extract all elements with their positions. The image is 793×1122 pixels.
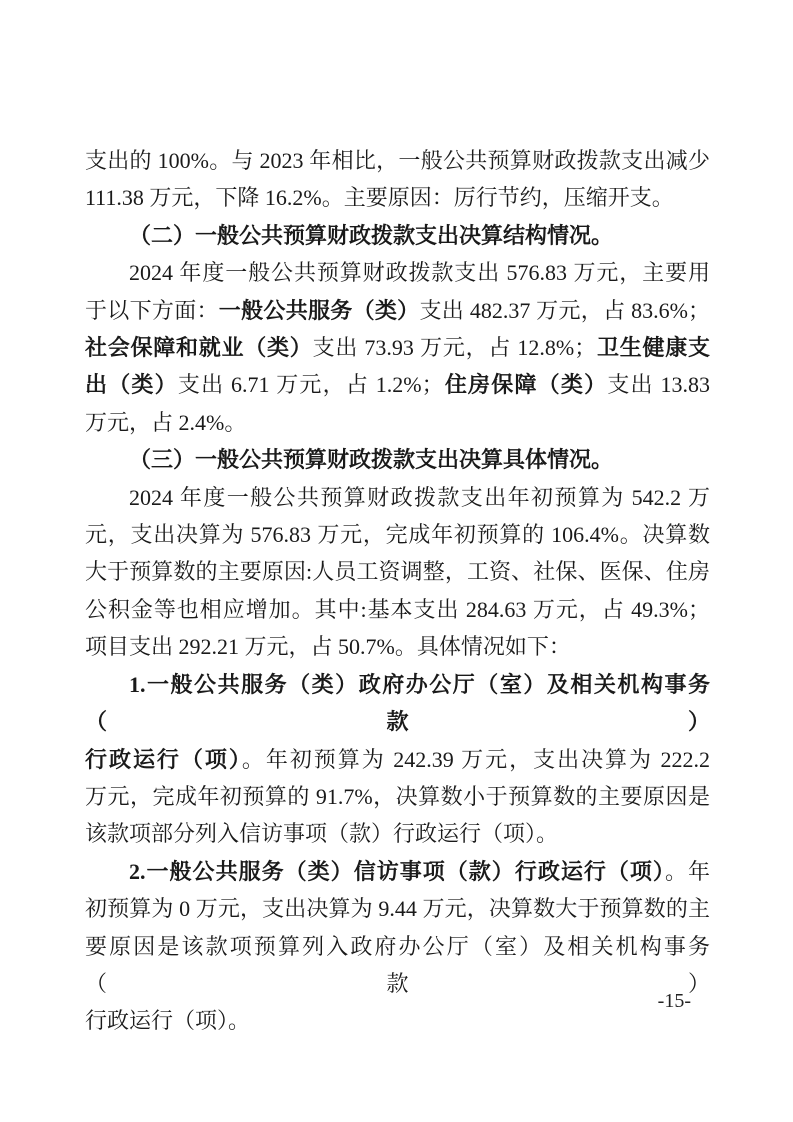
text-line: 2024 年度一般公共预算财政拨款支出年初预算为 542.2 万 xyxy=(85,479,710,516)
text-run: 要原因是该款项预算列入政府办公厅（室）及相关机构事务（款） xyxy=(85,934,710,996)
text-run: 支出 6.71 万元，占 1.2%； xyxy=(178,372,444,397)
text-line: 初预算为 0 万元，支出决算为 9.44 万元，决算数大于预算数的主 xyxy=(85,890,710,927)
text-line: 2.一般公共服务（类）信访事项（款）行政运行（项）。年 xyxy=(85,853,710,890)
text-line: 社会保障和就业（类）支出 73.93 万元，占 12.8%；卫生健康支 xyxy=(85,329,710,366)
text-run: 项目支出 292.21 万元，占 50.7%。具体情况如下： xyxy=(85,634,571,659)
text-run: 元，支出决算为 576.83 万元，完成年初预算的 106.4%。决算数 xyxy=(85,522,710,547)
bold-text-run: 2.一般公共服务（类）信访事项（款）行政运行（项） xyxy=(129,859,665,884)
text-line: 111.38 万元，下降 16.2%。主要原因：厉行节约，压缩开支。 xyxy=(85,179,710,216)
bold-text-run: 社会保障和就业（类） xyxy=(85,335,313,360)
text-line: 项目支出 292.21 万元，占 50.7%。具体情况如下： xyxy=(85,628,710,665)
document-body: 支出的 100%。与 2023 年相比，一般公共预算财政拨款支出减少111.38… xyxy=(85,142,710,1040)
text-run: 初预算为 0 万元，支出决算为 9.44 万元，决算数大于预算数的主 xyxy=(85,896,710,921)
text-run: 公积金等也相应增加。其中:基本支出 284.63 万元，占 49.3%； xyxy=(85,597,710,622)
text-line: 支出的 100%。与 2023 年相比，一般公共预算财政拨款支出减少 xyxy=(85,142,710,179)
bold-text-run: 一般公共服务（类） xyxy=(219,298,420,323)
text-line: 万元，完成年初预算的 91.7%，决算数小于预算数的主要原因是 xyxy=(85,778,710,815)
text-line: 大于预算数的主要原因:人员工资调整，工资、社保、医保、住房 xyxy=(85,553,710,590)
page-number: -15- xyxy=(85,990,691,1013)
text-line: 行政运行（项）。年初预算为 242.39 万元，支出决算为 222.2 xyxy=(85,741,710,778)
text-run: 支出的 100%。与 2023 年相比，一般公共预算财政拨款支出减少 xyxy=(85,148,710,173)
bold-text-run: 卫生健康支 xyxy=(596,335,710,360)
text-line: 元，支出决算为 576.83 万元，完成年初预算的 106.4%。决算数 xyxy=(85,516,710,553)
text-line: （三）一般公共预算财政拨款支出决算具体情况。 xyxy=(85,441,710,478)
text-run: 该款项部分列入信访事项（款）行政运行（项）。 xyxy=(85,821,558,846)
text-line: 于以下方面：一般公共服务（类）支出 482.37 万元，占 83.6%； xyxy=(85,292,710,329)
text-run: 于以下方面： xyxy=(85,298,219,323)
text-run: 大于预算数的主要原因:人员工资调整，工资、社保、医保、住房 xyxy=(85,559,710,584)
document-page: 支出的 100%。与 2023 年相比，一般公共预算财政拨款支出减少111.38… xyxy=(0,0,793,1122)
text-line: 出（类）支出 6.71 万元，占 1.2%；住房保障（类）支出 13.83 xyxy=(85,366,710,403)
text-line: 公积金等也相应增加。其中:基本支出 284.63 万元，占 49.3%； xyxy=(85,591,710,628)
bold-text-run: （三）一般公共预算财政拨款支出决算具体情况。 xyxy=(129,447,613,472)
text-line: 万元，占 2.4%。 xyxy=(85,404,710,441)
text-run: 2024 年度一般公共预算财政拨款支出 576.83 万元，主要用 xyxy=(129,260,710,285)
text-line: 该款项部分列入信访事项（款）行政运行（项）。 xyxy=(85,815,710,852)
text-line: 1.一般公共服务（类）政府办公厅（室）及相关机构事务（款） xyxy=(85,666,710,741)
bold-text-run: 出（类） xyxy=(85,372,178,397)
text-line: 2024 年度一般公共预算财政拨款支出 576.83 万元，主要用 xyxy=(85,254,710,291)
text-line: （二）一般公共预算财政拨款支出决算结构情况。 xyxy=(85,217,710,254)
text-run: 万元，占 2.4%。 xyxy=(85,410,246,435)
text-run: 。年 xyxy=(665,859,710,884)
text-run: 111.38 万元，下降 16.2%。主要原因：厉行节约，压缩开支。 xyxy=(85,185,674,210)
text-run: 支出 13.83 xyxy=(607,372,710,397)
bold-text-run: 1.一般公共服务（类）政府办公厅（室）及相关机构事务（款） xyxy=(85,672,710,734)
text-run: 2024 年度一般公共预算财政拨款支出年初预算为 542.2 万 xyxy=(129,485,710,510)
bold-text-run: 行政运行（项） xyxy=(85,747,242,772)
text-run: 支出 482.37 万元，占 83.6%； xyxy=(419,298,710,323)
text-run: 万元，完成年初预算的 91.7%，决算数小于预算数的主要原因是 xyxy=(85,784,710,809)
bold-text-run: 住房保障（类） xyxy=(444,372,608,397)
text-run: 。年初预算为 242.39 万元，支出决算为 222.2 xyxy=(242,747,710,772)
text-run: 支出 73.93 万元，占 12.8%； xyxy=(313,335,597,360)
bold-text-run: （二）一般公共预算财政拨款支出决算结构情况。 xyxy=(129,223,613,248)
